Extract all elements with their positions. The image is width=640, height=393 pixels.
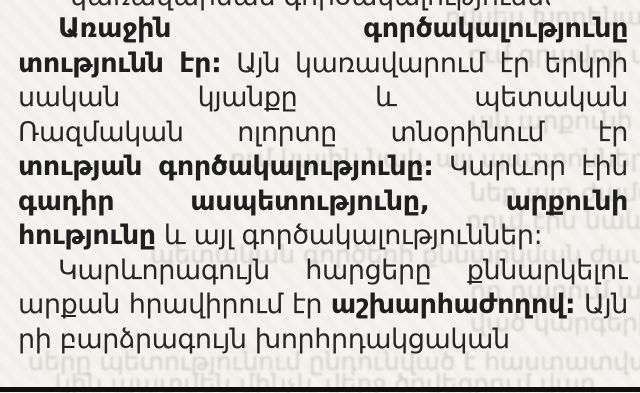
bold-term: Առաջին գործակալությունը հազարապե- <box>58 13 628 47</box>
body-text: արքան հրավիրում էր <box>18 289 331 320</box>
bold-term: տությունն էր: <box>18 48 221 79</box>
clipped-text-line: կառավարման գործակալությունների միջոցով: <box>70 0 550 11</box>
body-text: Կարևոր էին <box>434 151 628 182</box>
text-line: սական կյանքը և պետական շինարարությունը: <box>18 81 628 116</box>
text-line: Առաջին գործակալությունը հազարապե- <box>18 12 628 47</box>
text-line: Ռազմական ոլորտը տնօրինում էր սպարապե- <box>18 116 628 151</box>
bold-term: տության գործակալությունը: <box>18 151 434 182</box>
text-line: Կարևորագույն հարցերը քննարկելու համար <box>18 254 628 289</box>
bold-term: գադիր ասպետությունը, արքունի թիկնապա- <box>18 186 628 220</box>
text-line: րի բարձրագույն խորհրդակցական մարմինն էր: <box>18 323 628 358</box>
text-line: հությունը և այլ գործակալություններ: <box>18 219 628 254</box>
body-text: Կարևորագույն հարցերը քննարկելու համար <box>58 255 628 289</box>
body-text: Ռազմական ոլորտը տնօրինում էր <box>18 117 628 148</box>
text-column: Առաջին գործակալությունը հազարապե-տությու… <box>18 12 628 357</box>
bold-term: հությունը <box>18 220 156 251</box>
body-text: և այլ գործակալություններ: <box>156 220 543 251</box>
text-line: արքան հրավիրում էր աշխարհաժողով: Այն երկ… <box>18 288 628 323</box>
bold-term: աշխարհաժողով: <box>331 289 575 320</box>
scanned-page: ովսես Խորենացու պատմության ում գրավոր աղ… <box>0 0 640 393</box>
page-bottom-rule <box>0 387 640 392</box>
text-line: գադիր ասպետությունը, արքունի թիկնապա- <box>18 185 628 220</box>
body-text: սական կյանքը և պետական շինարարությունը: <box>18 82 628 116</box>
text-line: տության գործակալությունը: Կարևոր էին թա- <box>18 150 628 185</box>
body-text: րի բարձրագույն խորհրդակցական մարմինն էր: <box>18 324 510 358</box>
clipped-text-top: կառավարման գործակալությունների միջոցով: <box>70 0 550 11</box>
text-line: տությունն էր: Այն կառավարում էր երկրի տն… <box>18 47 628 82</box>
